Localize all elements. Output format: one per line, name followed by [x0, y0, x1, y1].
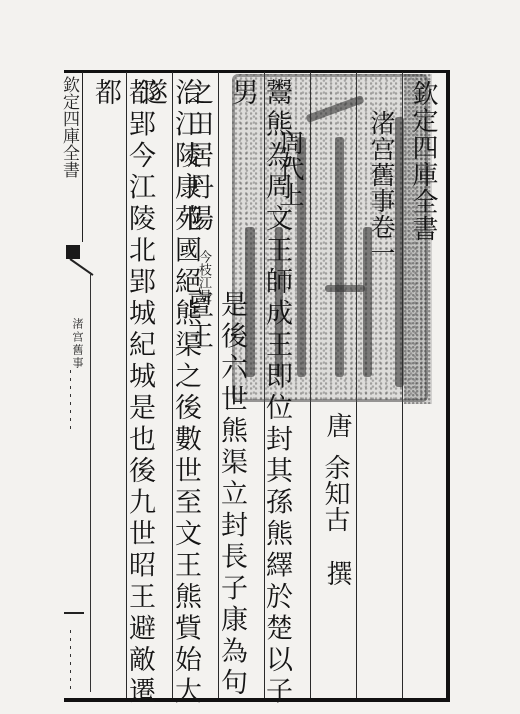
fish-tail-mark-icon — [66, 245, 80, 259]
series-title: 欽定四庫全書 — [408, 80, 438, 242]
margin-book-name: 渚宫舊事 — [71, 318, 83, 370]
author-role: 撰 — [320, 560, 354, 591]
margin-dotted-rule — [70, 630, 71, 690]
margin-page-number — [64, 612, 84, 614]
margin-series-title: 欽定四庫全書 — [60, 76, 78, 178]
book-title: 渚宫舊事卷一 — [366, 110, 396, 266]
author-dynasty: 唐 — [320, 412, 354, 443]
margin-rule — [82, 72, 83, 242]
author-name: 余知古 — [320, 454, 350, 532]
document-page: 欽定四庫全書 渚宫舊事 欽定四庫全書 渚宫舊事卷一 周代上 唐 余知古 撰 鬻熊… — [0, 0, 520, 714]
margin-dotted-rule — [70, 370, 71, 430]
text-column-4: 都郢今江陵北郢城紀城是也後九世昭王避敵遷都 — [88, 78, 156, 714]
